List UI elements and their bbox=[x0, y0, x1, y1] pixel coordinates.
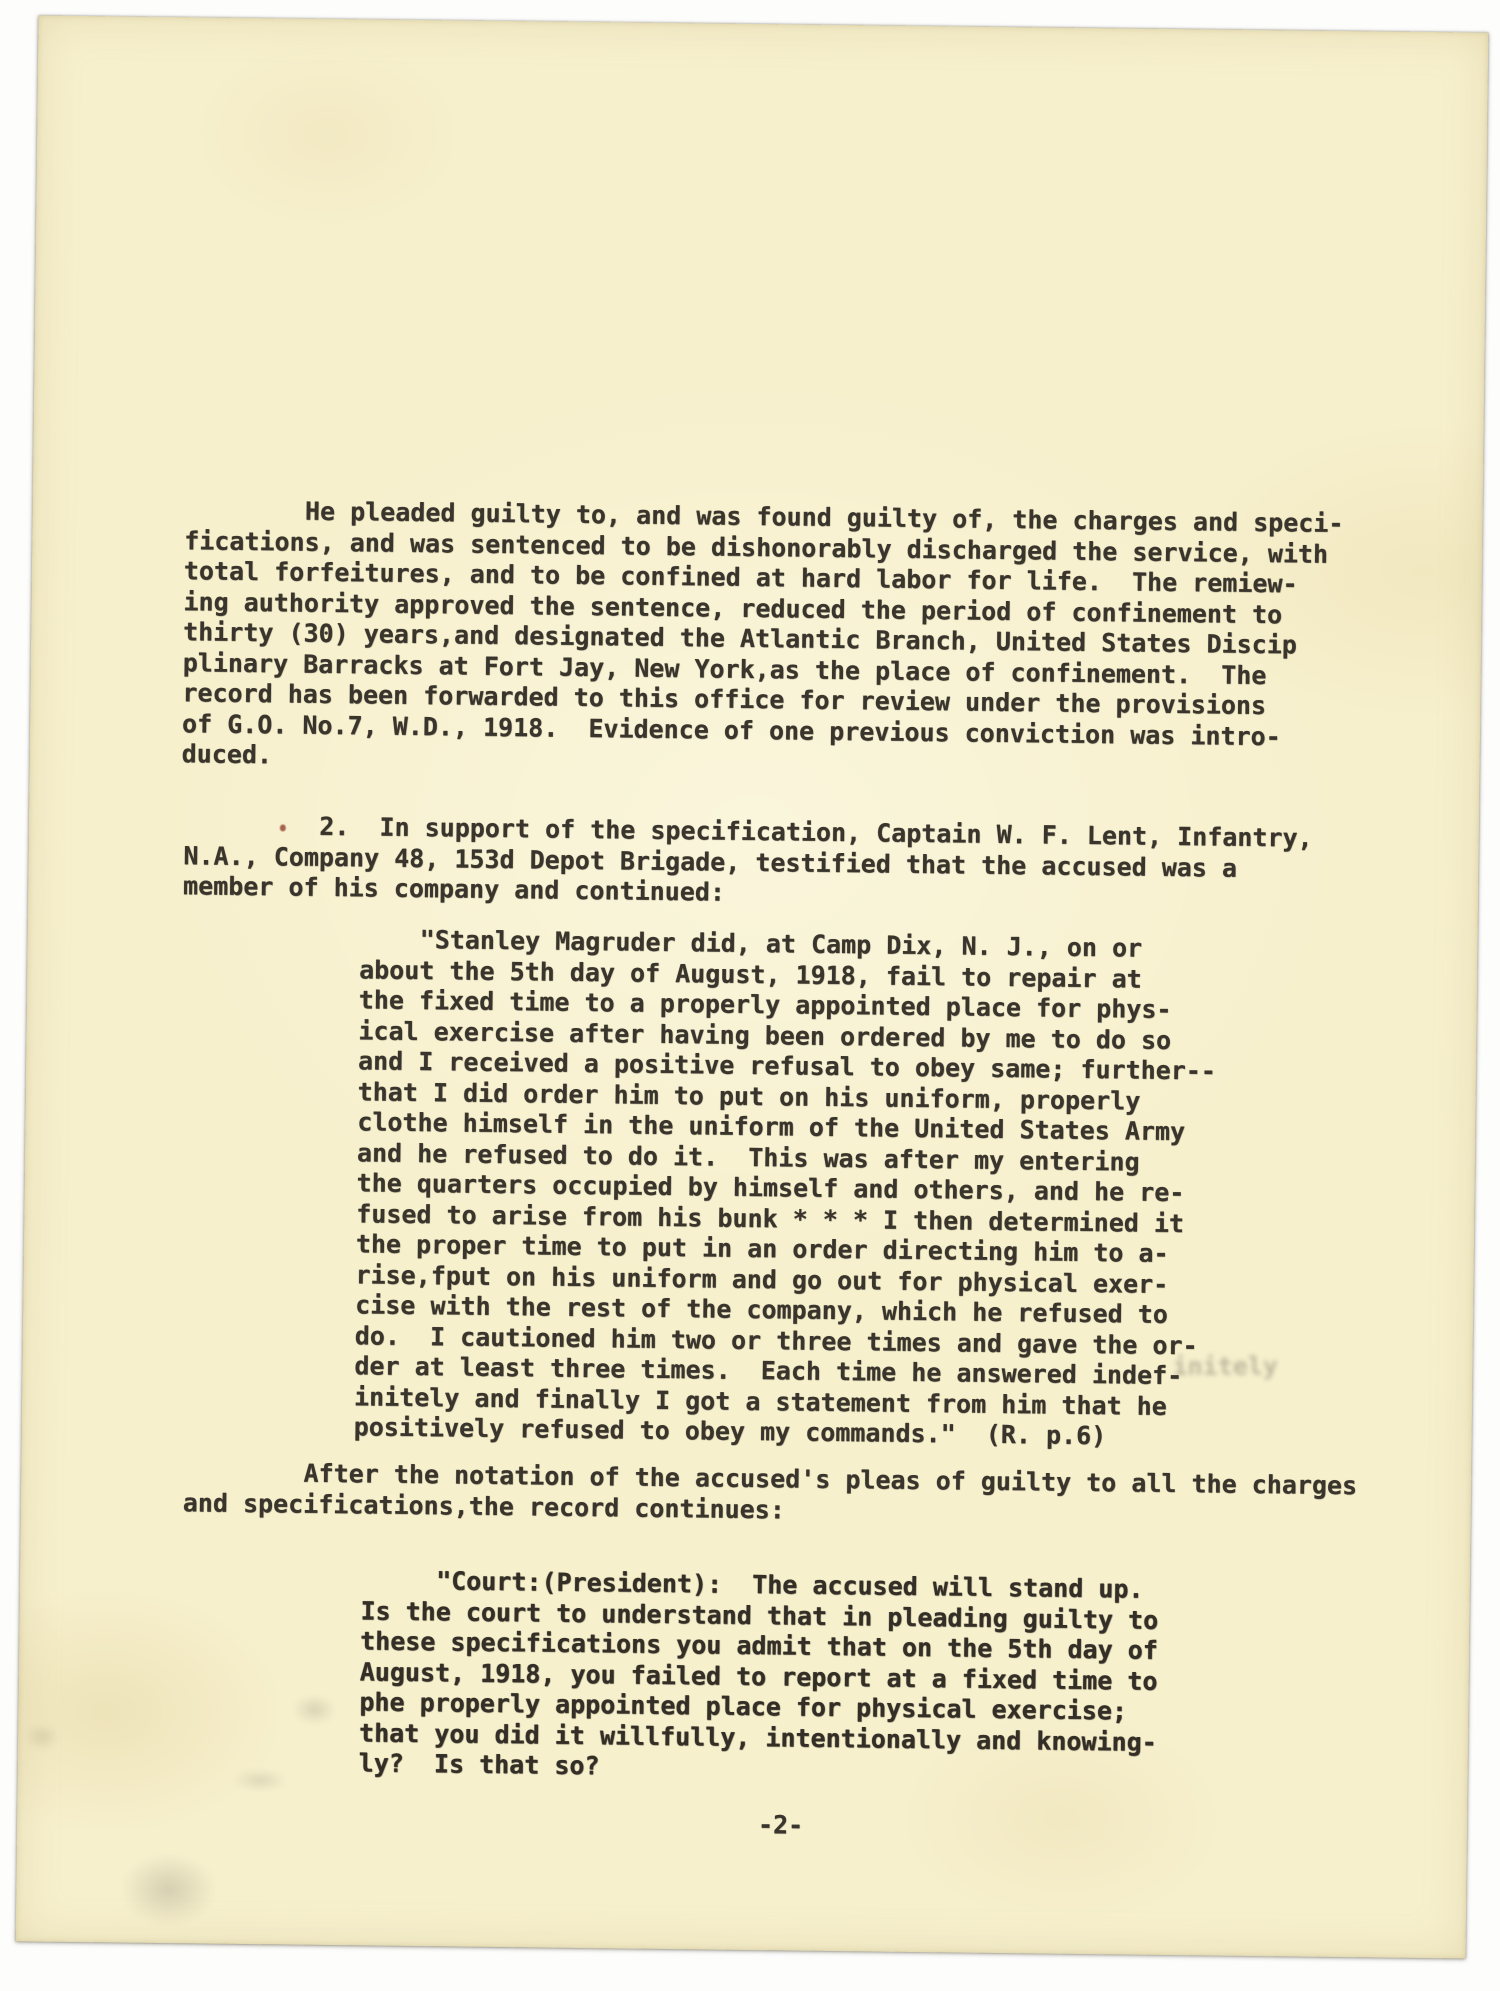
scan-surface: He pleaded guilty to, and was found guil… bbox=[0, 0, 1500, 1991]
paragraph-record-transition: After the notation of the accused's plea… bbox=[183, 1457, 1358, 1532]
pencil-smudge bbox=[18, 1717, 66, 1756]
paragraph-opening: He pleaded guilty to, and was found guil… bbox=[182, 495, 1344, 783]
pencil-smudge bbox=[284, 1689, 344, 1732]
blockquote-court-president: "Court:(President): The accused will sta… bbox=[359, 1565, 1159, 1788]
page-number: -2- bbox=[758, 1810, 804, 1841]
paragraph-testimony-intro: 2. In support of the specification, Capt… bbox=[183, 810, 1313, 915]
ink-ghost-offset-print: initely bbox=[1172, 1351, 1278, 1381]
pencil-smudge bbox=[222, 1764, 297, 1797]
red-ink-dot bbox=[280, 824, 286, 831]
blockquote-lent-testimony: "Stanley Magruder did, at Camp Dix, N. J… bbox=[354, 924, 1218, 1453]
document-page: He pleaded guilty to, and was found guil… bbox=[16, 15, 1489, 1958]
pencil-smudge bbox=[106, 1841, 232, 1937]
